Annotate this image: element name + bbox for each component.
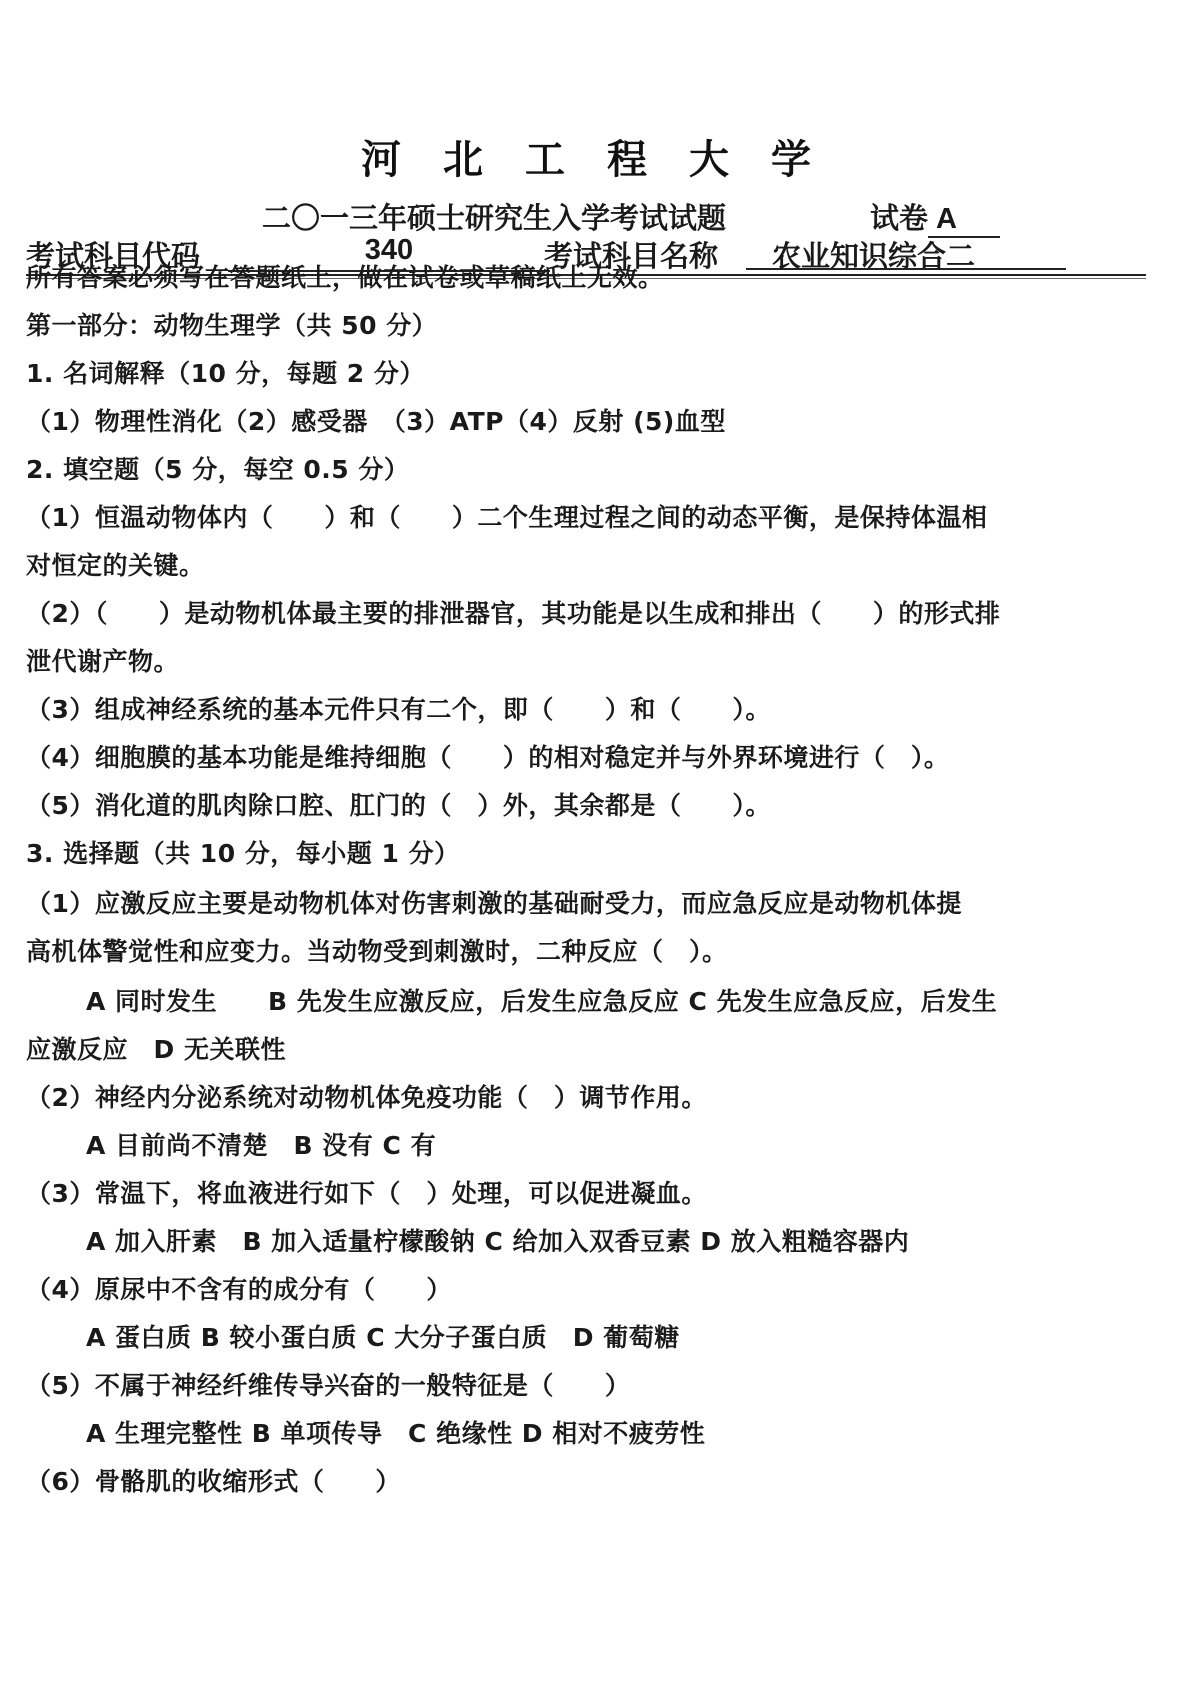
question-line: （3）常温下，将血液进行如下（ ）处理，可以促进凝血。	[26, 1174, 707, 1210]
question-line: （2）（ ）是动物机体最主要的排泄器官，其功能是以生成和排出（ ）的形式排	[26, 594, 1000, 630]
question-line: （6）骨骼肌的收缩形式（ ）	[26, 1462, 401, 1498]
question-line: 高机体警觉性和应变力。当动物受到刺激时，二种反应（ ）。	[26, 932, 728, 968]
option-line: A 生理完整性 B 单项传导 C 绝缘性 D 相对不疲劳性	[86, 1414, 705, 1450]
exam-title: 二〇一三年硕士研究生入学考试试题	[262, 196, 726, 237]
question-line: （1）应激反应主要是动物机体对伤害刺激的基础耐受力，而应急反应是动物机体提	[26, 884, 962, 920]
question-line: （5）不属于神经纤维传导兴奋的一般特征是（ ）	[26, 1366, 630, 1402]
notice: 所有答案必须写在答题纸上，做在试卷或草稿纸上无效。	[26, 258, 664, 294]
question-line: 泄代谢产物。	[26, 642, 179, 678]
option-line: A 加入肝素 B 加入适量柠檬酸钠 C 给加入双香豆素 D 放入粗糙容器内	[86, 1222, 909, 1258]
question-line: 对恒定的关键。	[26, 546, 205, 582]
section-heading: 3. 选择题（共 10 分，每小题 1 分）	[26, 834, 460, 870]
exam-paper-page: 河北工程大学 二〇一三年硕士研究生入学考试试题 试卷A 考试科目代码 340 考…	[0, 0, 1190, 1683]
option-line: A 目前尚不清楚 B 没有 C 有	[86, 1126, 436, 1162]
section-heading: 1. 名词解释（10 分，每题 2 分）	[26, 354, 425, 390]
part-title: 第一部分：动物生理学（共 50 分）	[26, 306, 437, 342]
question-line: （3）组成神经系统的基本元件只有二个，即（ ）和（ ）。	[26, 690, 771, 726]
paper-version: 试卷A	[870, 196, 1000, 238]
option-line: 应激反应 D 无关联性	[26, 1030, 286, 1066]
option-line: A 同时发生 B 先发生应激反应，后发生应急反应 C 先发生应急反应，后发生	[86, 982, 997, 1018]
paper-value: A	[928, 203, 1000, 238]
question-line: （2）神经内分泌系统对动物机体免疫功能（ ）调节作用。	[26, 1078, 707, 1114]
section-heading: 2. 填空题（5 分，每空 0.5 分）	[26, 450, 409, 486]
subject-name-value: 农业知识综合二	[746, 234, 1066, 270]
paper-label: 试卷	[870, 201, 928, 235]
university-title: 河北工程大学	[0, 128, 1190, 185]
option-line: A 蛋白质 B 较小蛋白质 C 大分子蛋白质 D 葡萄糖	[86, 1318, 680, 1354]
question-line: （4）细胞膜的基本功能是维持细胞（ ）的相对稳定并与外界环境进行（ ）。	[26, 738, 949, 774]
question-line: （4）原尿中不含有的成分有（ ）	[26, 1270, 452, 1306]
question-line: （1）物理性消化（2）感受器 （3）ATP（4）反射 (5)血型	[26, 402, 726, 438]
question-line: （5）消化道的肌肉除口腔、肛门的（ ）外，其余都是（ ）。	[26, 786, 771, 822]
question-line: （1）恒温动物体内（ ）和（ ）二个生理过程之间的动态平衡，是保持体温相	[26, 498, 987, 534]
